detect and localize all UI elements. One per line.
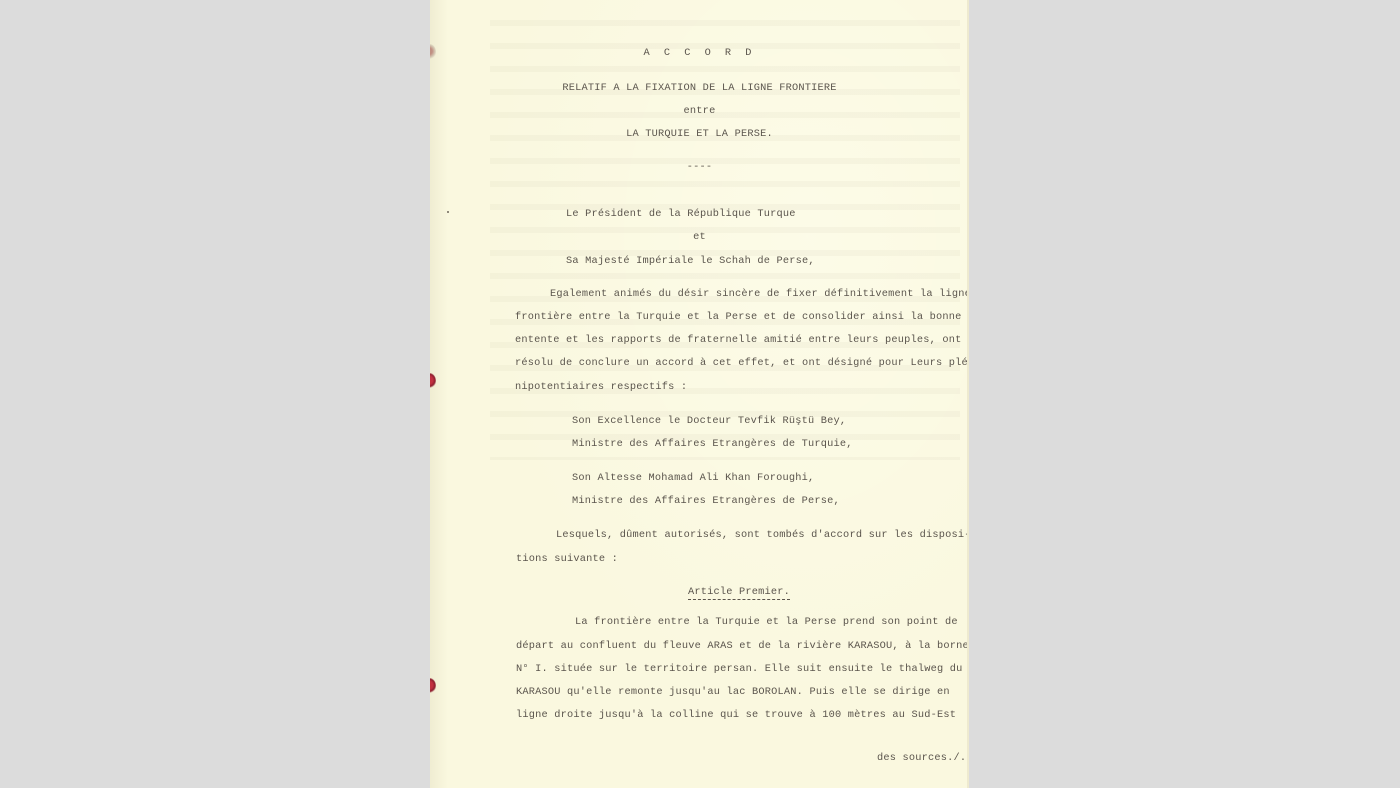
ink-speck <box>447 211 449 213</box>
page-continuation: des sources./. <box>877 752 966 764</box>
preamble-line: frontière entre la Turquie et la Perse e… <box>515 311 962 323</box>
article-heading: Article Premier. <box>688 586 790 600</box>
plenipotentiary-role: Ministre des Affaires Etrangères de Turq… <box>572 438 853 450</box>
preamble-line: nipotentiaires respectifs : <box>515 381 687 393</box>
party-2: Sa Majesté Impériale le Schah de Perse, <box>566 255 815 267</box>
binding-hole-icon <box>430 678 436 694</box>
document-subtitle: RELATIF A LA FIXATION DE LA LIGNE FRONTI… <box>430 82 969 94</box>
article-line: KARASOU qu'elle remonte jusqu'au lac BOR… <box>516 686 950 698</box>
preamble-line: résolu de conclure un accord à cet effet… <box>515 357 969 369</box>
article-line: N° I. située sur le territoire persan. E… <box>516 663 963 675</box>
document-viewer: A C C O R D RELATIF A LA FIXATION DE LA … <box>0 0 1400 788</box>
article-line: ligne droite jusqu'à la colline qui se t… <box>516 709 956 721</box>
subtitle-parties: LA TURQUIE ET LA PERSE. <box>430 128 969 140</box>
plenipotentiary-role: Ministre des Affaires Etrangères de Pers… <box>572 495 840 507</box>
preamble-line: entente et les rapports de fraternelle a… <box>515 334 962 346</box>
article-line: La frontière entre la Turquie et la Pers… <box>575 616 958 628</box>
agreement-clause-line: Lesquels, dûment autorisés, sont tombés … <box>556 529 969 541</box>
agreement-clause-line: tions suivante : <box>516 553 618 565</box>
party-1: Le Président de la République Turque <box>566 208 796 220</box>
binding-hole-icon <box>430 373 436 389</box>
party-connector: et <box>430 231 969 243</box>
title-separator: ---- <box>430 161 969 173</box>
subtitle-connector: entre <box>430 105 969 117</box>
preamble-line: Egalement animés du désir sincère de fix… <box>550 288 969 300</box>
article-line: départ au confluent du fleuve ARAS et de… <box>516 640 969 652</box>
plenipotentiary-name: Son Altesse Mohamad Ali Khan Foroughi, <box>572 472 814 484</box>
plenipotentiary-name: Son Excellence le Docteur Tevfik Rüştü B… <box>572 415 846 427</box>
document-title: A C C O R D <box>430 47 969 59</box>
document-page: A C C O R D RELATIF A LA FIXATION DE LA … <box>430 0 969 788</box>
